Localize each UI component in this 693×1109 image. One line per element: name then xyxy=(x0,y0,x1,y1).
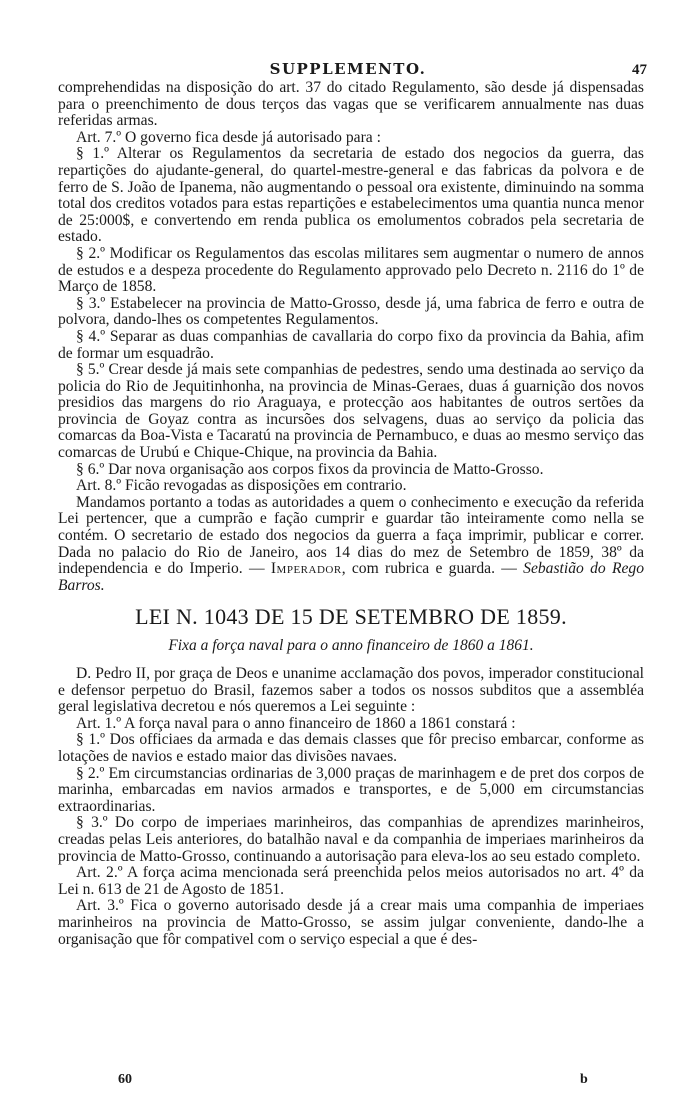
paragraph-continuation: comprehendidas na disposição do art. 37 … xyxy=(58,80,644,130)
article-7-section-2: § 2.º Modificar os Regulamentos das esco… xyxy=(58,246,644,296)
body-text: comprehendidas na disposição do art. 37 … xyxy=(58,80,644,948)
law-article-1-section-2: § 2.º Em circumstancias ordinarias de 3,… xyxy=(58,766,644,816)
law-article-1-section-1: § 1.º Dos officiaes da armada e das dema… xyxy=(58,732,644,765)
law-article-1: Art. 1.º A força naval para o anno finan… xyxy=(58,716,644,733)
page-number: 47 xyxy=(632,62,647,79)
law-preamble: D. Pedro II, por graça de Deos e unanime… xyxy=(58,666,644,716)
signature-emperor: Imperador xyxy=(271,560,342,577)
sheet-mark: b xyxy=(580,1072,588,1088)
signature-middle: , com rubrica e guarda. — xyxy=(342,560,517,577)
article-7-section-1: § 1.º Alterar os Regulamentos da secreta… xyxy=(58,146,644,246)
enactment-clause: Mandamos portanto a todas as autoridades… xyxy=(58,495,644,595)
law-article-1-section-3: § 3.º Do corpo de imperiaes marinheiros,… xyxy=(58,815,644,865)
document-page: SUPPLEMENTO. 47 comprehendidas na dispos… xyxy=(0,0,693,1109)
article-7: Art. 7.º O governo fica desde já autoris… xyxy=(58,130,644,147)
article-7-section-3: § 3.º Estabelecer na provincia de Matto-… xyxy=(58,296,644,329)
running-title: SUPPLEMENTO. xyxy=(253,60,443,78)
article-7-section-4: § 4.º Separar as duas companhias de cava… xyxy=(58,329,644,362)
law-subtitle: Fixa a força naval para o anno financeir… xyxy=(58,638,644,655)
law-title: LEI N. 1043 DE 15 DE SETEMBRO DE 1859. xyxy=(58,604,644,630)
article-7-section-6: § 6.º Dar nova organisação aos corpos fi… xyxy=(58,462,644,479)
article-7-section-5: § 5.º Crear desde já mais sete companhia… xyxy=(58,362,644,462)
law-article-3: Art. 3.º Fica o governo autorisado desde… xyxy=(58,898,644,948)
article-8: Art. 8.º Ficão revogadas as disposições … xyxy=(58,478,644,495)
page-footer: 60 b xyxy=(0,1072,693,1092)
signature-mark: 60 xyxy=(118,1072,132,1088)
law-article-2: Art. 2.º A força acima mencionada será p… xyxy=(58,865,644,898)
